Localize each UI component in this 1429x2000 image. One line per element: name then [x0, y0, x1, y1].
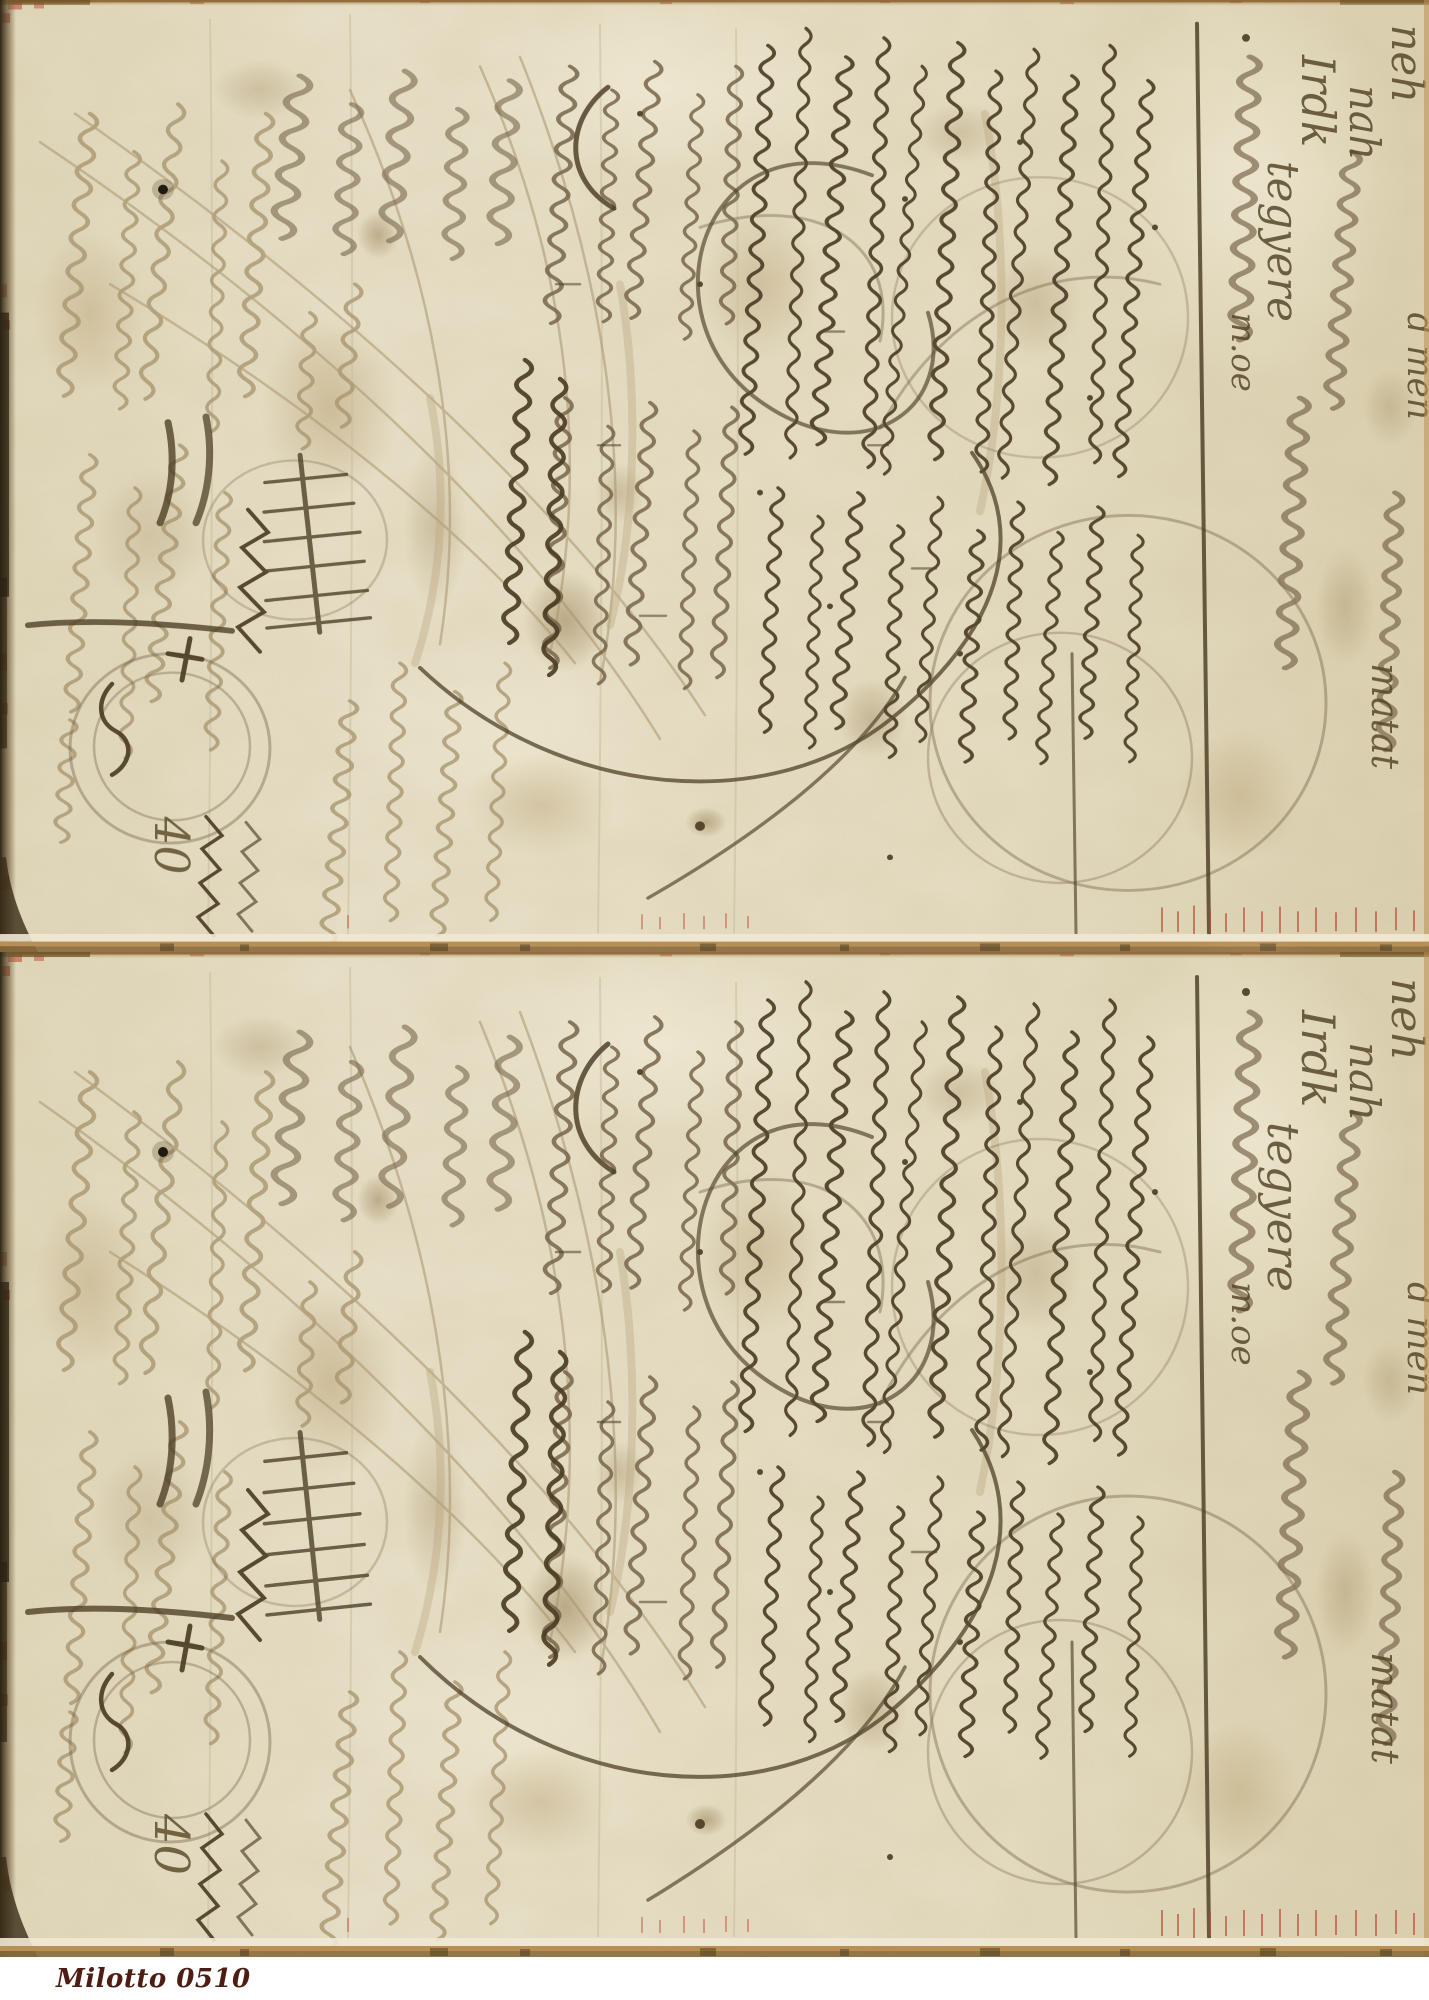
- manuscript-copy-top: [0, 0, 1429, 952]
- caption-strip: Milotto 0510: [0, 1957, 1429, 2000]
- caption-text: Milotto 0510: [56, 1964, 251, 1994]
- scanned-manuscript-screenshot: neh nah Irdk tegyere m.oe d men matat 40: [0, 0, 1429, 2000]
- manuscript-scan: neh nah Irdk tegyere m.oe d men matat 40: [0, 0, 1429, 1957]
- manuscript-copy-bottom: [0, 932, 1429, 1957]
